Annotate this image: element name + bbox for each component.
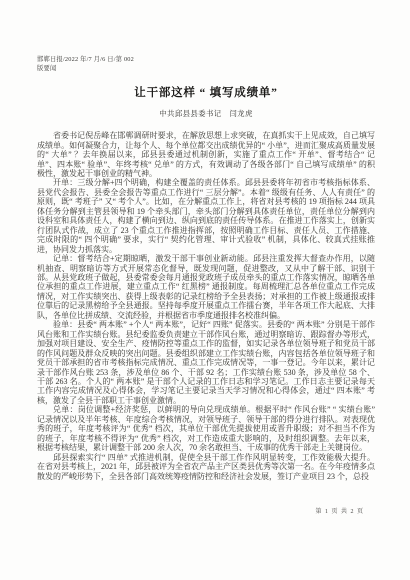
section-line: 版要闻 — [37, 65, 375, 74]
paragraph-intro: 省委书记倪岳峰在邯郸调研时要求，在解放思想上求突破，在真抓实干上见成效，自己填写… — [37, 131, 375, 178]
paragraph-kaidan: 开单：三级分解+四个明确，构建全覆盖的责任体系。邱县县委将年初省市考核指标体系、… — [37, 178, 375, 254]
article-byline: 中共邱县县委书记 闫龙虎 — [37, 108, 375, 119]
page-number: 第 1 页 共 2 页 — [315, 506, 364, 515]
source-line: 邯郸日报/2022 年/7 月/6 日/第 002 — [37, 56, 375, 65]
article-title: 让干部这样 “ 填写成绩单” — [37, 84, 375, 100]
document-page: 邯郸日报/2022 年/7 月/6 日/第 002 版要闻 让干部这样 “ 填写… — [0, 0, 410, 580]
paragraph-jidan: 记单：督考结合+定期晾晒，激发干部干事创业新动能。邱县注重发挥大督查办作用，以随… — [37, 254, 375, 320]
masthead: 邯郸日报/2022 年/7 月/6 日/第 002 版要闻 — [37, 56, 375, 73]
paragraph-duidan: 兑单：岗位调整+经济奖惩，以鲜明的导向兑现成绩单。根据平时“ 作风台账” “ 实… — [37, 405, 375, 452]
paragraph-conclusion: 邱县探索实行“ 四单” 式推进机制，促使全县干部工作作风明显转变，工作效能极大提… — [37, 453, 375, 481]
article-body: 省委书记倪岳峰在邯郸调研时要求，在解放思想上求突破，在真抓实干上见成效，自己填写… — [37, 131, 375, 481]
paragraph-yandan: 验单：县委“ 两本账” +个人“ 两本账”，记好“ 四账” 促落实。县委的“ 两… — [37, 320, 375, 405]
